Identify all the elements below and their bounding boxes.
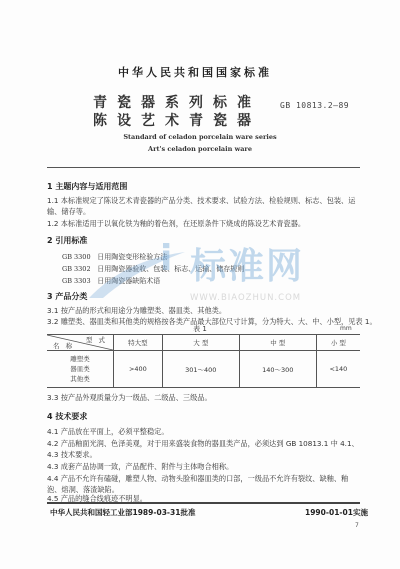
row-name: 雕塑类 bbox=[47, 354, 113, 364]
table-cell: 140～300 bbox=[239, 351, 316, 388]
watermark-swoosh-icon bbox=[85, 250, 195, 300]
approval-text: 中华人民共和国轻工业部1989-03-31批准 bbox=[50, 507, 195, 518]
effective-date-text: 1990-01-01实施 bbox=[305, 507, 368, 518]
row-name: 其他类 bbox=[47, 374, 113, 384]
column-header: 小 型 bbox=[316, 335, 360, 351]
english-title-line-2: Art's celadon porcelain ware bbox=[0, 145, 400, 153]
table-cell: >400 bbox=[114, 351, 163, 388]
gb-code: GB 10813.2—89 bbox=[280, 101, 349, 110]
table-header-row: 型 式 名 称 特大型 大 型 中 型 小 型 bbox=[47, 335, 360, 351]
table-cell: <140 bbox=[316, 351, 360, 388]
table-corner-cell: 型 式 名 称 bbox=[47, 335, 114, 351]
corner-name-label: 名 称 bbox=[53, 341, 74, 350]
column-header: 中 型 bbox=[239, 335, 316, 351]
paragraph-4-3: 4.3 成套产品协调一致，产品配件、附件与主体吻合相称。 bbox=[47, 461, 360, 472]
header-divider bbox=[47, 167, 360, 168]
paragraph-1-2: 1.2 本标准适用于以氧化铁为釉的着色剂，在还原条件下烧成的陈设艺术青瓷器。 bbox=[47, 218, 360, 229]
section-2-heading: 2 引用标准 bbox=[47, 235, 87, 246]
title-line-1: 青瓷器系列标准 bbox=[93, 92, 261, 112]
footer-divider bbox=[47, 502, 360, 504]
paragraph-3-3: 3.3 按产品外观质量分为一级品、二级品、三级品。 bbox=[47, 392, 360, 403]
paragraph-3-1: 3.1 按产品的形式和用途分为雕塑类、器皿类、其他类。 bbox=[47, 305, 360, 316]
national-standard-label: 中华人民共和国国家标准 bbox=[0, 64, 400, 80]
table-row: 雕塑类 器皿类 其他类 >400 301～400 140～300 <140 bbox=[47, 351, 360, 388]
section-3-heading: 3 产品分类 bbox=[47, 291, 87, 302]
paragraph-4-2: 4.2 产品釉面光润、色泽美观，对于用来盛装食物的器皿类产品，必须达到 GB 1… bbox=[47, 438, 360, 460]
table-unit: mm bbox=[340, 325, 352, 332]
watermark-i: i bbox=[160, 238, 172, 279]
table-cell: 301～400 bbox=[162, 351, 239, 388]
english-title-line-1: Standard of celadon porcelain ware serie… bbox=[0, 133, 400, 141]
paragraph-4-4: 4.4 产品不允许有磕碰，雕塑人物、动物头脸和器皿类的口部，一级品不允许有裂纹、… bbox=[47, 473, 360, 495]
section-1-heading: 1 主题内容与适用范围 bbox=[47, 181, 127, 192]
size-classification-table: 型 式 名 称 特大型 大 型 中 型 小 型 雕塑类 器皿类 其他类 >400… bbox=[47, 334, 360, 388]
national-standard-text: 中华人民共和国国家标准 bbox=[118, 66, 272, 79]
row-names-cell: 雕塑类 器皿类 其他类 bbox=[47, 351, 114, 388]
page-number: 7 bbox=[355, 522, 359, 529]
watermark-text: 标准网 bbox=[190, 238, 304, 289]
corner-type-label: 型 式 bbox=[86, 335, 107, 344]
row-name: 器皿类 bbox=[47, 364, 113, 374]
watermark-url: WWW.BIAOZHUN.COM bbox=[190, 293, 301, 303]
column-header: 特大型 bbox=[114, 335, 163, 351]
paragraph-4-1: 4.1 产品放在平面上，必须平整稳定。 bbox=[47, 426, 360, 437]
section-4-heading: 4 技术要求 bbox=[47, 411, 87, 422]
column-header: 大 型 bbox=[162, 335, 239, 351]
title-line-2: 陈设艺术青瓷器 bbox=[93, 110, 261, 130]
paragraph-1-1: 1.1 本标准规定了陈设艺术青瓷器的产品分类、技术要求、试验方法、检验规则、标志… bbox=[47, 195, 360, 217]
